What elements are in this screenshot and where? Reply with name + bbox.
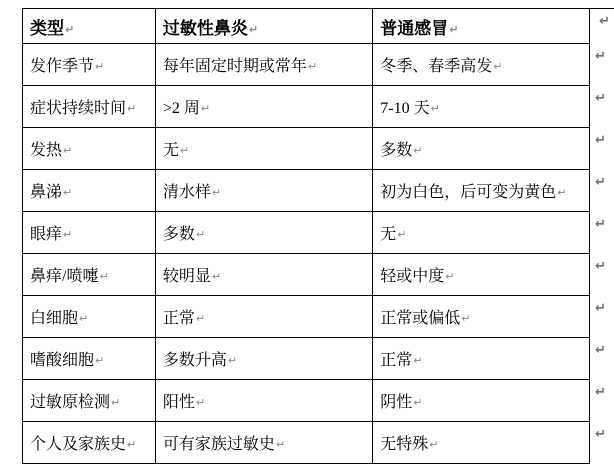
- cell-text: 清水样: [163, 184, 211, 201]
- body-cell: 阴性↵: [373, 380, 590, 422]
- body-cell: 多数↵: [156, 212, 373, 254]
- body-cell: 过敏原检测↵: [23, 380, 156, 422]
- paragraph-mark-icon: ↵: [212, 186, 221, 199]
- row-end-mark-icon: ↵: [595, 427, 606, 442]
- row-end-mark-icon: ↵: [595, 49, 606, 64]
- table-row: 嗜酸细胞↵多数升高↵正常↵↵: [23, 338, 614, 380]
- paragraph-mark-icon: ↵: [557, 186, 566, 199]
- paragraph-mark-icon: ↵: [180, 144, 189, 157]
- cell-text: >2 周: [163, 100, 200, 117]
- body-cell: 较明显↵: [156, 254, 373, 296]
- row-end-cell: ↵: [590, 128, 614, 170]
- cell-text: 普通感冒: [380, 19, 448, 38]
- paragraph-mark-icon: ↵: [397, 228, 406, 241]
- table-row: 个人及家族史↵可有家族过敏史↵无特殊↵↵: [23, 422, 614, 464]
- paragraph-mark-icon: ↵: [63, 228, 72, 241]
- table-body: 发作季节↵每年固定时期或常年↵冬季、春季高发↵↵症状持续时间↵>2 周↵7-10…: [23, 44, 614, 464]
- cell-text: 白细胞: [30, 310, 78, 327]
- table-row: 症状持续时间↵>2 周↵7-10 天↵↵: [23, 86, 614, 128]
- body-cell: 正常↵: [373, 338, 590, 380]
- row-end-mark-icon: ↵: [595, 91, 606, 106]
- row-end-cell: ↵: [590, 9, 614, 44]
- cell-text: 鼻涕: [30, 184, 62, 201]
- row-end-cell: ↵: [590, 380, 614, 422]
- table-row: 鼻涕↵清水样↵初为白色，后可变为黄色↵↵: [23, 170, 614, 212]
- paragraph-mark-icon: ↵: [95, 354, 104, 367]
- row-end-mark-icon: ↵: [599, 14, 610, 29]
- cell-text: 较明显: [163, 268, 211, 285]
- row-end-mark-icon: ↵: [595, 259, 606, 274]
- paragraph-mark-icon: ↵: [196, 312, 205, 325]
- paragraph-mark-icon: ↵: [79, 312, 88, 325]
- cell-text: 阴性: [380, 394, 412, 411]
- row-end-cell: ↵: [590, 44, 614, 86]
- row-end-mark-icon: ↵: [595, 301, 606, 316]
- row-end-mark-icon: ↵: [595, 343, 606, 358]
- body-cell: 阳性↵: [156, 380, 373, 422]
- row-end-mark-icon: ↵: [595, 175, 606, 190]
- paragraph-mark-icon: ↵: [63, 186, 72, 199]
- table-row: 过敏原检测↵阳性↵阴性↵↵: [23, 380, 614, 422]
- body-cell: 可有家族过敏史↵: [156, 422, 373, 464]
- row-end-cell: ↵: [590, 422, 614, 464]
- paragraph-mark-icon: ↵: [431, 102, 440, 115]
- body-cell: 鼻痒/喷嚏↵: [23, 254, 156, 296]
- cell-text: 嗜酸细胞: [30, 352, 94, 369]
- header-cell: 过敏性鼻炎↵: [156, 9, 373, 44]
- row-end-cell: ↵: [590, 170, 614, 212]
- body-cell: 白细胞↵: [23, 296, 156, 338]
- cell-text: 正常或偏低: [380, 310, 460, 327]
- row-end-mark-icon: ↵: [595, 217, 606, 232]
- cell-text: 多数升高: [163, 352, 227, 369]
- cell-text: 鼻痒/喷嚏: [30, 268, 98, 285]
- cell-text: 过敏性鼻炎: [163, 19, 248, 38]
- cell-text: 冬季、春季高发: [380, 58, 492, 75]
- cell-text: 发热: [30, 142, 62, 159]
- table-row: 眼痒↵多数↵无↵↵: [23, 212, 614, 254]
- cell-text: 个人及家族史: [30, 436, 126, 453]
- cell-text: 阳性: [163, 394, 195, 411]
- body-cell: >2 周↵: [156, 86, 373, 128]
- body-cell: 症状持续时间↵: [23, 86, 156, 128]
- cell-text: 可有家族过敏史: [163, 436, 275, 453]
- paragraph-mark-icon: ↵: [493, 60, 502, 73]
- cell-text: 轻或中度: [380, 268, 444, 285]
- body-cell: 正常或偏低↵: [373, 296, 590, 338]
- row-end-mark-icon: ↵: [595, 133, 606, 148]
- row-end-cell: ↵: [590, 212, 614, 254]
- paragraph-mark-icon: ↵: [127, 102, 136, 115]
- body-cell: 嗜酸细胞↵: [23, 338, 156, 380]
- paragraph-mark-icon: ↵: [196, 228, 205, 241]
- body-cell: 鼻涕↵: [23, 170, 156, 212]
- cell-text: 发作季节: [30, 58, 94, 75]
- cell-text: 多数: [380, 142, 412, 159]
- paragraph-mark-icon: ↵: [276, 438, 285, 451]
- paragraph-mark-icon: ↵: [63, 144, 72, 157]
- table-row: 鼻痒/喷嚏↵较明显↵轻或中度↵↵: [23, 254, 614, 296]
- cell-text: 7-10 天: [380, 100, 429, 117]
- row-end-cell: ↵: [590, 338, 614, 380]
- cell-text: 每年固定时期或常年: [163, 58, 307, 75]
- paragraph-mark-icon: ↵: [111, 396, 120, 409]
- paragraph-mark-icon: ↵: [249, 23, 258, 36]
- body-cell: 无特殊↵: [373, 422, 590, 464]
- cell-text: 症状持续时间: [30, 100, 126, 117]
- header-cell: 普通感冒↵: [373, 9, 590, 44]
- table-row: 发热↵无↵多数↵↵: [23, 128, 614, 170]
- paragraph-mark-icon: ↵: [429, 438, 438, 451]
- cell-text: 正常: [380, 352, 412, 369]
- body-cell: 7-10 天↵: [373, 86, 590, 128]
- paragraph-mark-icon: ↵: [445, 270, 454, 283]
- row-end-cell: ↵: [590, 254, 614, 296]
- paragraph-mark-icon: ↵: [461, 312, 470, 325]
- body-cell: 冬季、春季高发↵: [373, 44, 590, 86]
- cell-text: 无: [380, 226, 396, 243]
- body-cell: 每年固定时期或常年↵: [156, 44, 373, 86]
- cell-text: 无: [163, 142, 179, 159]
- body-cell: 轻或中度↵: [373, 254, 590, 296]
- document-page: 类型↵过敏性鼻炎↵普通感冒↵↵ 发作季节↵每年固定时期或常年↵冬季、春季高发↵↵…: [0, 0, 614, 464]
- paragraph-mark-icon: ↵: [65, 23, 74, 36]
- paragraph-mark-icon: ↵: [308, 60, 317, 73]
- body-cell: 清水样↵: [156, 170, 373, 212]
- paragraph-mark-icon: ↵: [201, 102, 210, 115]
- paragraph-mark-icon: ↵: [449, 23, 458, 36]
- body-cell: 多数↵: [373, 128, 590, 170]
- body-cell: 个人及家族史↵: [23, 422, 156, 464]
- header-cell: 类型↵: [23, 9, 156, 44]
- cell-text: 无特殊: [380, 436, 428, 453]
- body-cell: 多数升高↵: [156, 338, 373, 380]
- paragraph-mark-icon: ↵: [413, 354, 422, 367]
- paragraph-mark-icon: ↵: [228, 354, 237, 367]
- row-end-mark-icon: ↵: [595, 385, 606, 400]
- paragraph-mark-icon: ↵: [413, 396, 422, 409]
- body-cell: 发作季节↵: [23, 44, 156, 86]
- cell-text: 类型: [30, 19, 64, 38]
- header-row: 类型↵过敏性鼻炎↵普通感冒↵↵: [23, 9, 614, 44]
- cell-text: 初为白色，后可变为黄色: [380, 184, 556, 201]
- cell-text: 多数: [163, 226, 195, 243]
- body-cell: 眼痒↵: [23, 212, 156, 254]
- table-row: 发作季节↵每年固定时期或常年↵冬季、春季高发↵↵: [23, 44, 614, 86]
- body-cell: 发热↵: [23, 128, 156, 170]
- body-cell: 初为白色，后可变为黄色↵: [373, 170, 590, 212]
- cell-text: 过敏原检测: [30, 394, 110, 411]
- comparison-table: 类型↵过敏性鼻炎↵普通感冒↵↵ 发作季节↵每年固定时期或常年↵冬季、春季高发↵↵…: [22, 8, 614, 464]
- paragraph-mark-icon: ↵: [196, 396, 205, 409]
- paragraph-mark-icon: ↵: [127, 438, 136, 451]
- paragraph-mark-icon: ↵: [212, 270, 221, 283]
- body-cell: 无↵: [373, 212, 590, 254]
- paragraph-mark-icon: ↵: [413, 144, 422, 157]
- body-cell: 正常↵: [156, 296, 373, 338]
- table-header: 类型↵过敏性鼻炎↵普通感冒↵↵: [23, 9, 614, 44]
- row-end-cell: ↵: [590, 296, 614, 338]
- cell-text: 正常: [163, 310, 195, 327]
- cell-text: 眼痒: [30, 226, 62, 243]
- paragraph-mark-icon: ↵: [99, 270, 108, 283]
- body-cell: 无↵: [156, 128, 373, 170]
- table-row: 白细胞↵正常↵正常或偏低↵↵: [23, 296, 614, 338]
- row-end-cell: ↵: [590, 86, 614, 128]
- paragraph-mark-icon: ↵: [95, 60, 104, 73]
